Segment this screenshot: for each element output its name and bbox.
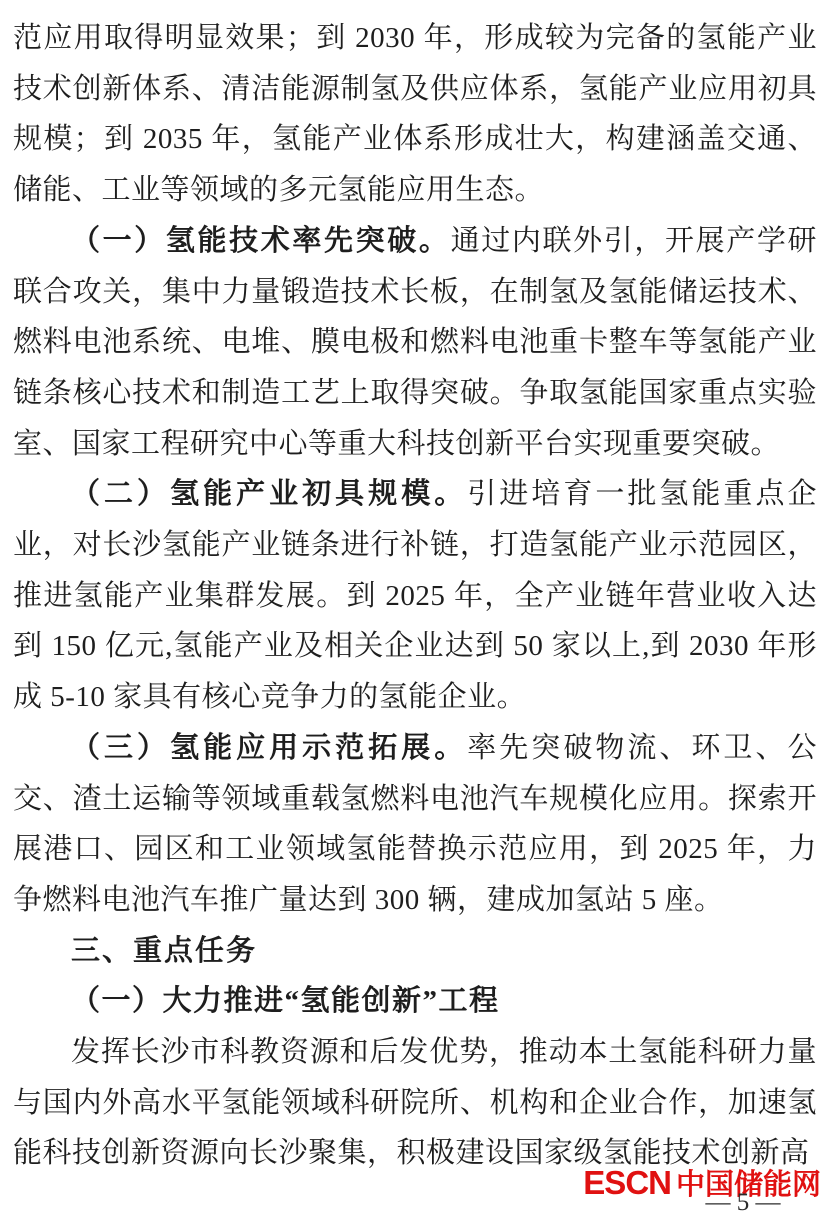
paragraph-application-demo: （三）氢能应用示范拓展。率先突破物流、环卫、公交、渣土运输等领域重载氢燃料电池汽… bbox=[13, 723, 817, 926]
subsection-heading-hydrogen-innovation: （一）大力推进“氢能创新”工程 bbox=[13, 976, 817, 1027]
paragraph-industry-scale-lead: （二）氢能产业初具规模。 bbox=[71, 478, 467, 510]
paragraph-application-demo-lead: （三）氢能应用示范拓展。 bbox=[71, 732, 467, 764]
escn-logo-latin-text: ESCN bbox=[583, 1164, 671, 1201]
document-page: 范应用取得明显效果；到 2030 年，形成较为完备的氢能产业技术创新体系、清洁能… bbox=[0, 0, 826, 1219]
section-heading-key-tasks: 三、重点任务 bbox=[13, 926, 817, 977]
paragraph-tech-breakthrough: （一）氢能技术率先突破。通过内联外引，开展产学研联合攻关，集中力量锻造技术长板，… bbox=[13, 216, 817, 470]
paragraph-tech-breakthrough-lead: （一）氢能技术率先突破。 bbox=[71, 225, 451, 257]
paragraph-industry-scale-text: 引进培育一批氢能重点企业，对长沙氢能产业链条进行补链，打造氢能产业示范园区，推进… bbox=[13, 478, 817, 713]
paragraph-goals-continuation: 范应用取得明显效果；到 2030 年，形成较为完备的氢能产业技术创新体系、清洁能… bbox=[13, 13, 817, 216]
paragraph-tech-breakthrough-text: 通过内联外引，开展产学研联合攻关，集中力量锻造技术长板，在制氢及氢能储运技术、燃… bbox=[13, 225, 817, 460]
paragraph-innovation-resources: 发挥长沙市科教资源和后发优势，推动本土氢能科研力量与国内外高水平氢能领域科研院所… bbox=[13, 1027, 817, 1179]
page-number: — 5 — bbox=[663, 1189, 823, 1217]
document-body: 范应用取得明显效果；到 2030 年，形成较为完备的氢能产业技术创新体系、清洁能… bbox=[13, 13, 817, 1179]
paragraph-industry-scale: （二）氢能产业初具规模。引进培育一批氢能重点企业，对长沙氢能产业链条进行补链，打… bbox=[13, 469, 817, 723]
